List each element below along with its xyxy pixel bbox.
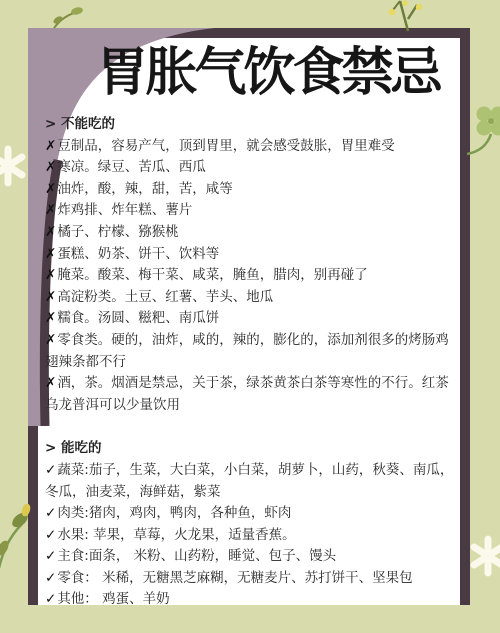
check-marker-icon: ✓ — [45, 548, 56, 564]
item-text: 糯食。汤圆、糍粑、南瓜饼 — [57, 310, 219, 326]
item-text: 肉类:猪肉，鸡肉，鸭肉，各种鱼，虾肉 — [57, 505, 291, 521]
cross-marker-icon: ✗ — [45, 332, 56, 348]
asterisk-flower-right-icon — [468, 534, 500, 578]
list-item: ✗零食类。硬的，油炸，咸的，辣的，膨化的，添加剂很多的烤肠鸡翅辣条都不行 — [45, 330, 457, 373]
cross-marker-icon: ✗ — [45, 181, 56, 197]
section: > 能吃的✓蔬菜:茄子，生菜，大白菜，小白菜，胡萝卜，山药，秋葵、南瓜，冬瓜，油… — [45, 438, 457, 611]
item-text: 主食:面条， 米粉、山药粉，睡觉、包子、馒头 — [57, 548, 336, 564]
list-item: ✗寒凉。绿豆、苦瓜、西瓜 — [45, 157, 457, 179]
check-marker-icon: ✓ — [45, 462, 56, 478]
cross-marker-icon: ✗ — [45, 202, 56, 218]
list-item: ✗高淀粉类。土豆、红薯、芋头、地瓜 — [45, 287, 457, 309]
check-marker-icon: ✓ — [45, 505, 56, 521]
item-text: 寒凉。绿豆、苦瓜、西瓜 — [57, 159, 206, 175]
section-heading: > 不能吃的 — [45, 114, 457, 136]
cross-marker-icon: ✗ — [45, 310, 56, 326]
item-text: 腌菜。酸菜、梅干菜、咸菜，腌鱼，腊肉，别再碰了 — [57, 267, 368, 283]
list-item: ✗豆制品，容易产气，顶到胃里，就会感受鼓胀，胃里难受 — [45, 136, 457, 158]
cross-marker-icon: ✗ — [45, 138, 56, 154]
list-item: ✓蔬菜:茄子，生菜，大白菜，小白菜，胡萝卜，山药，秋葵、南瓜，冬瓜，油麦菜，海鲜… — [45, 460, 457, 503]
item-text: 水果: 苹果，草莓，火龙果，适量香蕉。 — [57, 527, 295, 543]
section-heading: > 能吃的 — [45, 438, 457, 460]
item-text: 高淀粉类。土豆、红薯、芋头、地瓜 — [57, 289, 273, 305]
page-title: 胃胀气饮食禁忌 — [58, 44, 478, 104]
item-text: 零食： 米稀，无糖黑芝麻糊，无糖麦片、苏打饼干、坚果包 — [57, 570, 412, 586]
item-text: 油炸，酸，辣，甜，苦，咸等 — [57, 181, 233, 197]
list-item: ✗橘子、柠檬、猕猴桃 — [45, 222, 457, 244]
item-text: 酒，茶。烟酒是禁忌，关于茶，绿茶黄茶白茶等寒性的不行。红茶乌龙普洱可以少量饮用 — [45, 375, 449, 413]
list-item: ✗油炸，酸，辣，甜，苦，咸等 — [45, 179, 457, 201]
cross-marker-icon: ✗ — [45, 159, 56, 175]
cross-marker-icon: ✗ — [45, 267, 56, 283]
item-text: 其他： 鸡蛋、羊奶 — [57, 591, 169, 607]
asterisk-flower-left-icon — [0, 144, 28, 188]
cross-marker-icon: ✗ — [45, 289, 56, 305]
check-marker-icon: ✓ — [45, 570, 56, 586]
list-item: ✓零食： 米稀，无糖黑芝麻糊，无糖麦片、苏打饼干、坚果包 — [45, 568, 457, 590]
list-item: ✗炸鸡排、炸年糕、薯片 — [45, 200, 457, 222]
cross-marker-icon: ✗ — [45, 375, 56, 391]
list-item: ✗糯食。汤圆、糍粑、南瓜饼 — [45, 308, 457, 330]
item-text: 蔬菜:茄子，生菜，大白菜，小白菜，胡萝卜，山药，秋葵、南瓜，冬瓜，油麦菜，海鲜菇… — [45, 462, 453, 500]
list-item: ✓肉类:猪肉，鸡肉，鸭肉，各种鱼，虾肉 — [45, 503, 457, 525]
sections-container: > 不能吃的✗豆制品，容易产气，顶到胃里，就会感受鼓胀，胃里难受✗寒凉。绿豆、苦… — [45, 114, 457, 611]
cross-marker-icon: ✗ — [45, 224, 56, 240]
list-item: ✗蛋糕、奶茶、饼干、饮料等 — [45, 244, 457, 266]
item-text: 橘子、柠檬、猕猴桃 — [57, 224, 179, 240]
item-text: 豆制品，容易产气，顶到胃里，就会感受鼓胀，胃里难受 — [57, 138, 395, 154]
list-item: ✓其他： 鸡蛋、羊奶 — [45, 589, 457, 611]
item-text: 零食类。硬的，油炸，咸的，辣的，膨化的，添加剂很多的烤肠鸡翅辣条都不行 — [45, 332, 449, 370]
item-text: 蛋糕、奶茶、饼干、饮料等 — [57, 246, 219, 262]
infographic-poster: 胃胀气饮食禁忌 > 不能吃的✗豆制品，容易产气，顶到胃里，就会感受鼓胀，胃里难受… — [0, 0, 500, 633]
check-marker-icon: ✓ — [45, 591, 56, 607]
list-item: ✓水果: 苹果，草莓，火龙果，适量香蕉。 — [45, 525, 457, 547]
list-item: ✓主食:面条， 米粉、山药粉，睡觉、包子、馒头 — [45, 546, 457, 568]
list-item: ✗酒，茶。烟酒是禁忌，关于茶，绿茶黄茶白茶等寒性的不行。红茶乌龙普洱可以少量饮用 — [45, 373, 457, 416]
check-marker-icon: ✓ — [45, 527, 56, 543]
section: > 不能吃的✗豆制品，容易产气，顶到胃里，就会感受鼓胀，胃里难受✗寒凉。绿豆、苦… — [45, 114, 457, 416]
cross-marker-icon: ✗ — [45, 246, 56, 262]
list-item: ✗腌菜。酸菜、梅干菜、咸菜，腌鱼，腊肉，别再碰了 — [45, 265, 457, 287]
item-text: 炸鸡排、炸年糕、薯片 — [57, 202, 192, 218]
